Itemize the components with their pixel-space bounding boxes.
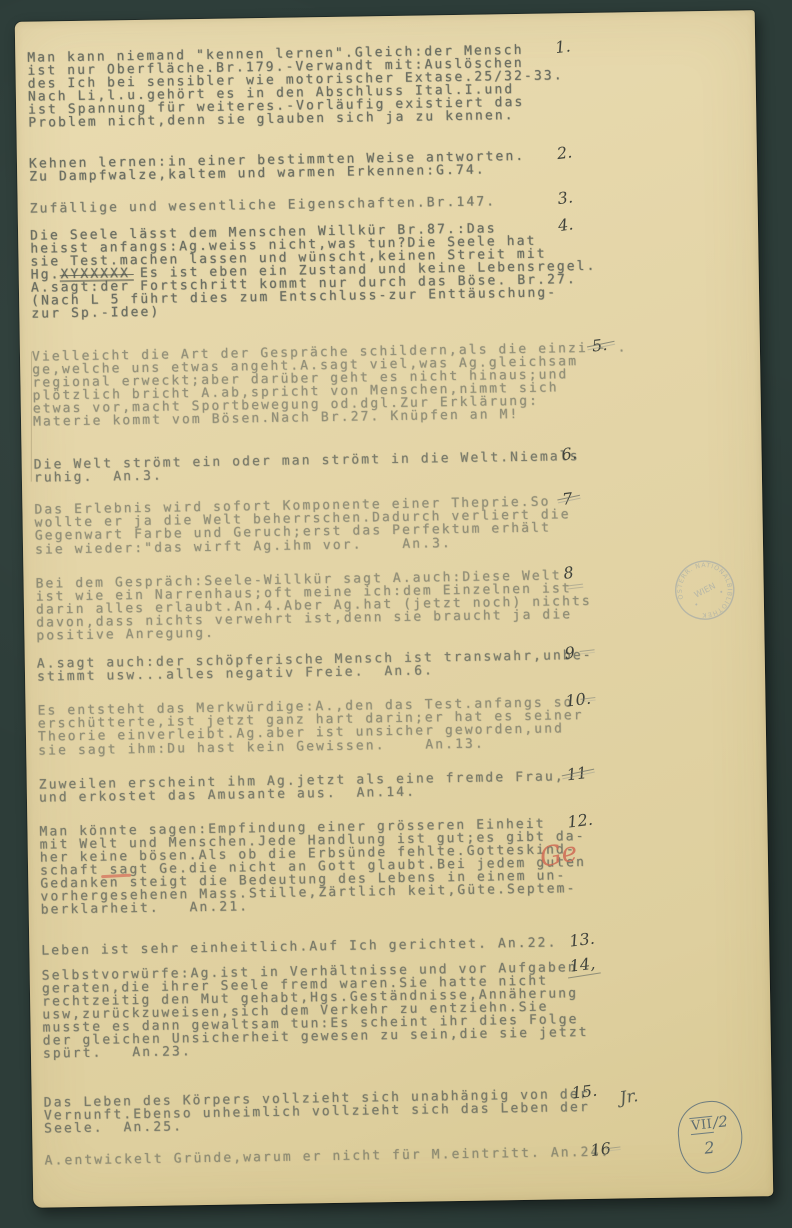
- typewritten-paragraph: A.entwickelt Gründe,warum er nicht für M…: [45, 1145, 630, 1167]
- typewritten-paragraph: Die Seele lässt dem Menschen Willkür Br.…: [30, 220, 616, 321]
- margin-number: 1.: [554, 36, 571, 57]
- typewritten-paragraph: Man könnte sagen:Empfindung einer grösse…: [39, 816, 625, 917]
- typewritten-paragraph: Selbstvorwürfe:Ag.ist in Verhältnisse un…: [42, 960, 628, 1061]
- typewritten-paragraph: Vielleicht die Art der Gespräche schilde…: [32, 341, 618, 429]
- typewritten-paragraph: Leben ist sehr einheitlich.Auf Ich geric…: [41, 935, 626, 957]
- margin-number: 5.: [591, 334, 608, 355]
- margin-number: 10.: [564, 689, 592, 711]
- archive-mark-roman: VII: [689, 1116, 714, 1135]
- typewritten-paragraph: Zufällige und wesentliche Eigenschaften.…: [30, 193, 615, 215]
- typewritten-paragraph: Das Leben des Körpers vollzieht sich una…: [44, 1088, 630, 1136]
- archive-mark-top: VII/2: [677, 1111, 741, 1135]
- margin-number: 11: [566, 763, 588, 784]
- paragraph-line: Zufällige und wesentliche Eigenschaften.…: [30, 193, 615, 215]
- document-page: Man kann niemand "kennen lernen".Gleich:…: [15, 10, 774, 1207]
- margin-number: 6.: [560, 443, 577, 464]
- typewritten-paragraph: Die Welt strömt ein oder man strömt in d…: [34, 450, 619, 485]
- paragraph-line: Leben ist sehr einheitlich.Auf Ich geric…: [41, 935, 626, 957]
- margin-number: 2.: [556, 142, 573, 163]
- margin-number: 14,: [569, 953, 597, 975]
- margin-number: 15.: [571, 1081, 599, 1103]
- margin-number: 4.: [557, 214, 574, 235]
- typewritten-paragraph: Man kann niemand "kennen lernen".Gleich:…: [27, 43, 613, 131]
- margin-number: 16: [589, 1138, 611, 1159]
- typewritten-paragraph: Das Erlebnis wird sofort Komponente eine…: [34, 495, 620, 557]
- margin-extra-note: Jr.: [618, 1086, 639, 1109]
- typewritten-paragraph: Kehnen lernen:in einer bestimmten Weise …: [29, 148, 614, 183]
- archive-mark-suffix: /2: [712, 1112, 728, 1131]
- archive-mark-line2: 2: [680, 1135, 740, 1160]
- margin-number: 12.: [566, 809, 594, 831]
- typewritten-paragraph: Bei dem Gespräch:Seele-Willkür sagt A.au…: [35, 568, 621, 643]
- paragraph-line: A.entwickelt Gründe,warum er nicht für M…: [45, 1145, 630, 1167]
- archive-number-mark: VII/2 2: [675, 1098, 746, 1176]
- typewritten-paragraph: Es entsteht das Merkwürdige:A.,den das T…: [37, 696, 623, 758]
- margin-number: 3.: [556, 187, 573, 208]
- stamp-center-text: WIEN: [693, 581, 718, 600]
- margin-number: 7: [561, 489, 573, 509]
- typewritten-paragraph: A.sagt auch:der schöpferische Mensch ist…: [37, 649, 622, 684]
- library-stamp-icon: ÖSTERR. NATIONALBIBLIOTHEK WIEN: [647, 532, 763, 648]
- margin-number: 13.: [568, 928, 596, 950]
- margin-number: 9: [564, 643, 576, 663]
- typewritten-text-column: Man kann niemand "kennen lernen".Gleich:…: [27, 43, 630, 1188]
- margin-number: 8: [562, 562, 574, 582]
- typewritten-paragraph: Zuweilen erscheint ihm Ag.jetzt als eine…: [39, 769, 624, 804]
